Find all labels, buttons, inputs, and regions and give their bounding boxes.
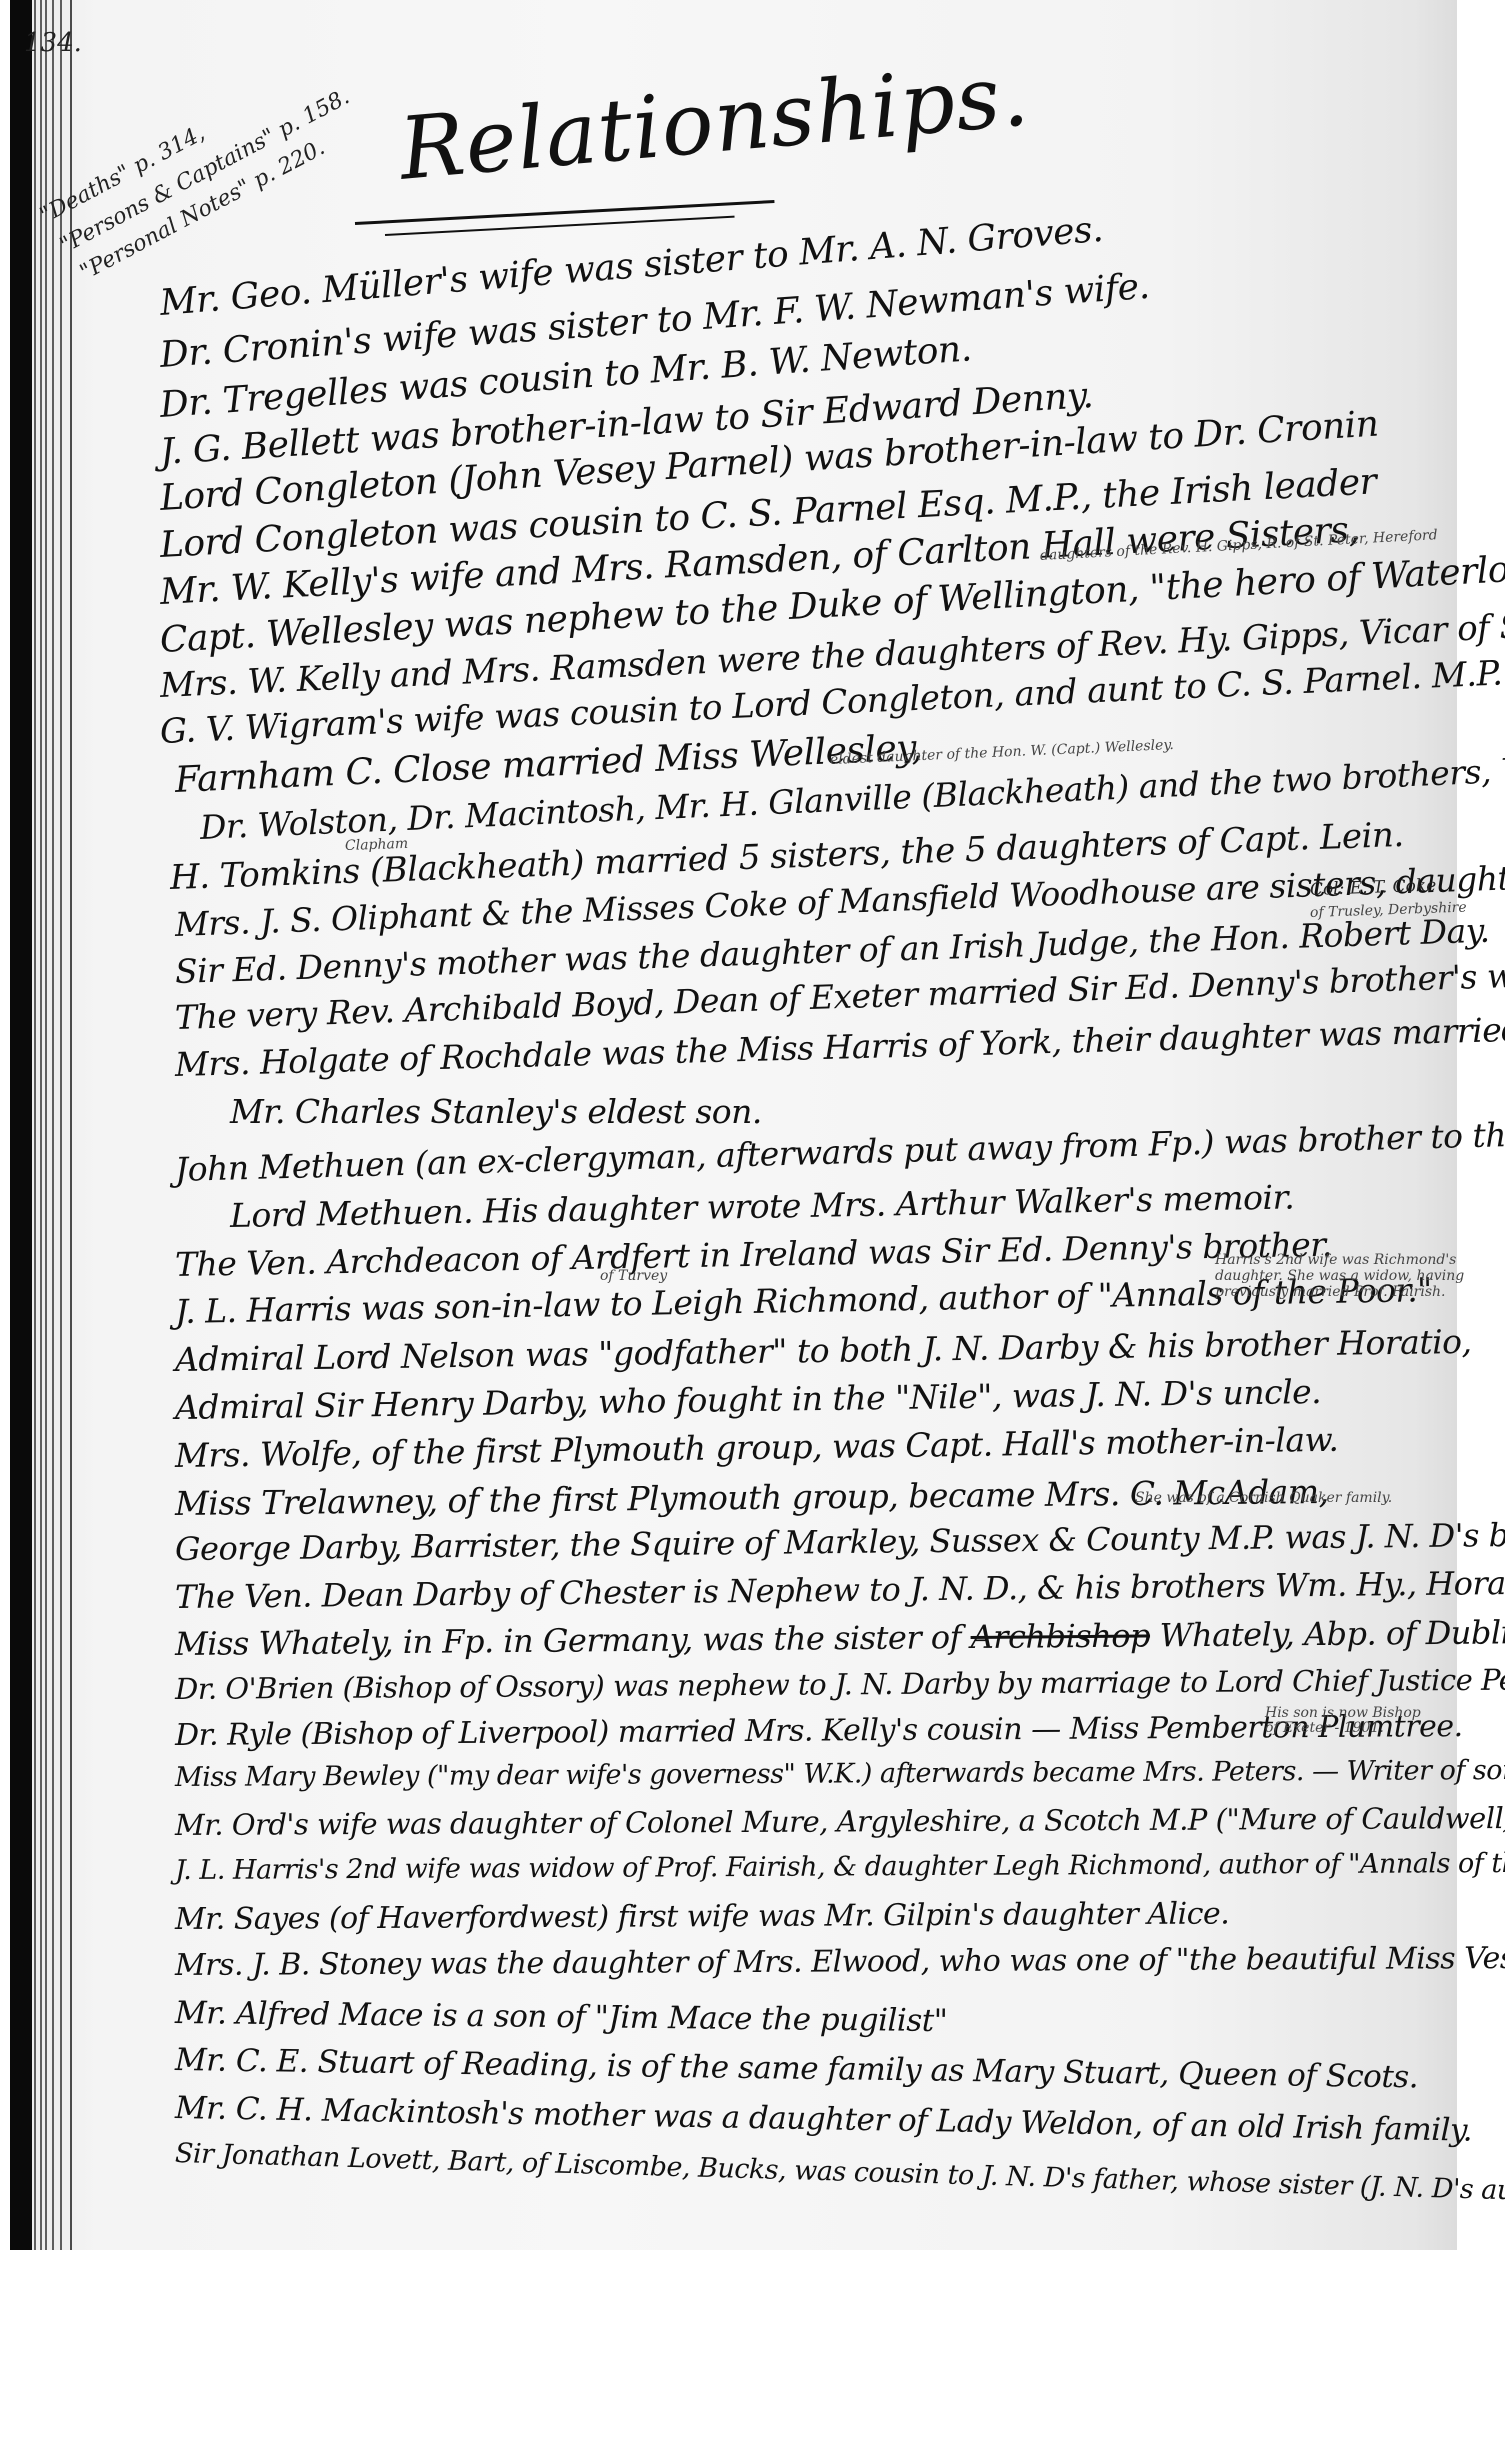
- inline-correction-clapham: Clapham: [345, 836, 409, 854]
- page-number: 134.: [24, 28, 82, 58]
- margin-note-harris: Harris's 2nd wife was Richmond's daughte…: [1215, 1252, 1464, 1300]
- page-edges: [30, 0, 110, 2250]
- entry-continuation: Mr. Charles Stanley's eldest son.: [230, 1092, 762, 1131]
- entry: Mr. Sayes (of Haverfordwest) first wife …: [175, 1896, 1229, 1937]
- inline-note-turvey: of Turvey: [600, 1268, 667, 1284]
- page-binding: [10, 0, 32, 2250]
- entry: Mr. Ord's wife was daughter of Colonel M…: [175, 1801, 1505, 1842]
- margin-note-line: His son is now Bishop: [1265, 1706, 1421, 1721]
- margin-note-line: daughter. She was a widow, having: [1215, 1268, 1464, 1284]
- margin-note-ryle: His son is now Bishop of Exeter - 1901.: [1265, 1706, 1421, 1736]
- margin-note-line: of Exeter - 1901.: [1265, 1721, 1421, 1736]
- inline-note-quaker: She was of a Cornish Quaker family.: [1135, 1490, 1392, 1506]
- margin-note-line: previously married Prof. Fairish.: [1215, 1284, 1464, 1300]
- margin-note-line: Harris's 2nd wife was Richmond's: [1215, 1252, 1464, 1268]
- struck-word: Archbishop: [970, 1616, 1150, 1656]
- entry-text: Miss Whately, in Fp. in Germany, was the…: [175, 1618, 961, 1663]
- entry-text-rest: Whately, Abp. of Dublin,: [1160, 1613, 1505, 1654]
- entry: Mrs. J. B. Stoney was the daughter of Mr…: [175, 1941, 1505, 1983]
